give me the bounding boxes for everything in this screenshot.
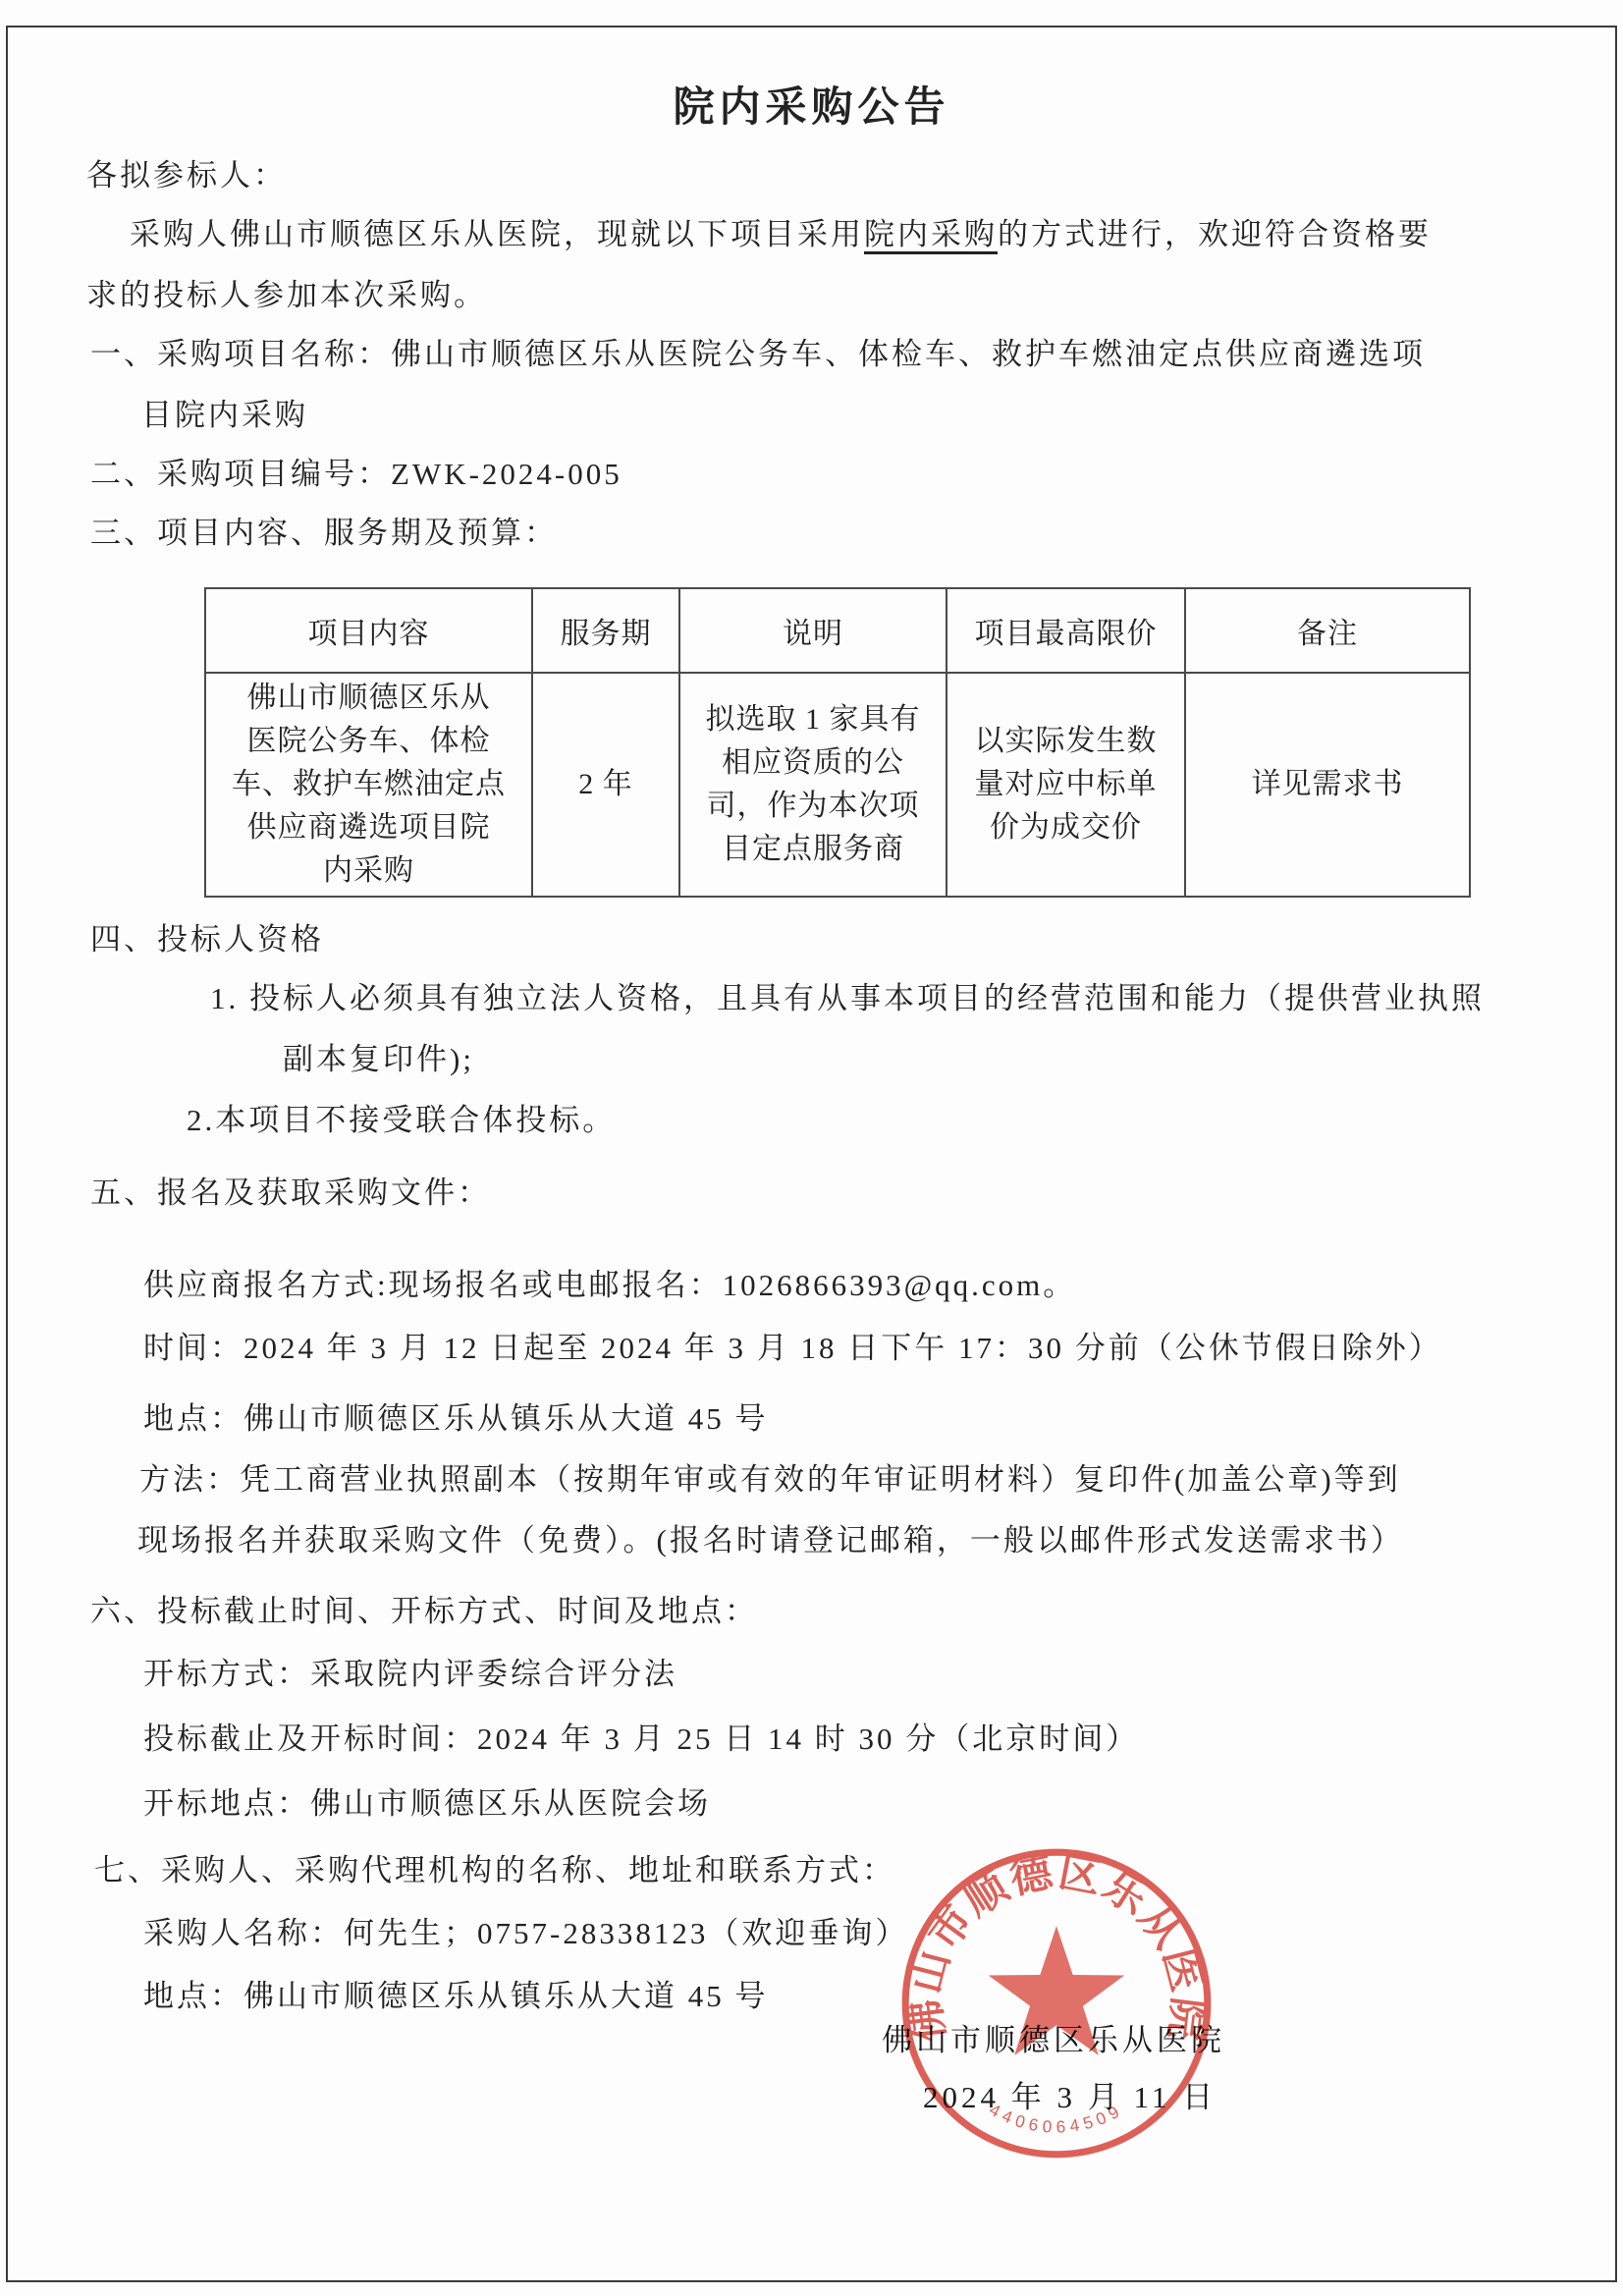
- registration-method-line: 供应商报名方式:现场报名或电邮报名：1026866393@qq.com。: [143, 1265, 1076, 1306]
- official-stamp: 佛山市顺德区乐从医院 4406064509: [890, 1836, 1223, 2170]
- section-7-heading: 七、采购人、采购代理机构的名称、地址和联系方式：: [94, 1850, 895, 1891]
- cell-remarks: 详见需求书: [1185, 673, 1470, 897]
- registration-procedure-line-1: 方法：凭工商营业执照副本（按期年审或有效的年审证明材料）复印件(加盖公章)等到: [139, 1459, 1401, 1501]
- project-table: 项目内容 服务期 说明 项目最高限价 备注 佛山市顺德区乐从 医院公务车、体检 …: [204, 587, 1471, 898]
- section-5-heading: 五、报名及获取采购文件：: [90, 1173, 491, 1214]
- intro-paragraph-line-1: 采购人佛山市顺德区乐从医院，现就以下项目采用院内采购的方式进行，欢迎符合资格要: [130, 214, 1432, 255]
- bid-opening-method-line: 开标方式：采取院内评委综合评分法: [143, 1654, 677, 1695]
- table-row: 佛山市顺德区乐从 医院公务车、体检 车、救护车燃油定点 供应商遴选项目院 内采购…: [205, 673, 1470, 897]
- intro-text-pre: 采购人佛山市顺德区乐从医院，现就以下项目采用: [130, 217, 864, 251]
- qualification-1-line-2: 副本复印件);: [283, 1039, 474, 1080]
- intro-underlined-term: 院内采购: [864, 217, 998, 251]
- table-header-row: 项目内容 服务期 说明 项目最高限价 备注: [205, 588, 1470, 673]
- purchaser-address-line: 地点：佛山市顺德区乐从镇乐从大道 45 号: [143, 1976, 769, 2017]
- bid-deadline-line: 投标截止及开标时间：2024 年 3 月 25 日 14 时 30 分（北京时间…: [143, 1719, 1139, 1760]
- section-4-heading: 四、投标人资格: [90, 919, 324, 960]
- qualification-1-line-1: 1. 投标人必须具有独立法人资格，且具有从事本项目的经营范围和能力（提供营业执照: [210, 978, 1485, 1019]
- page-title: 院内采购公告: [0, 75, 1623, 134]
- table-header-description: 说明: [679, 588, 947, 673]
- table-header-remarks: 备注: [1185, 588, 1470, 673]
- cell-project-content: 佛山市顺德区乐从 医院公务车、体检 车、救护车燃油定点 供应商遴选项目院 内采购: [205, 673, 532, 897]
- bid-opening-place-line: 开标地点：佛山市顺德区乐从医院会场: [143, 1783, 711, 1825]
- intro-paragraph-line-2: 求的投标人参加本次采购。: [86, 275, 487, 316]
- salutation-line: 各拟参标人：: [86, 155, 287, 196]
- document-page: 院内采购公告 各拟参标人： 采购人佛山市顺德区乐从医院，现就以下项目采用院内采购…: [0, 0, 1623, 2296]
- svg-text:4406064509: 4406064509: [986, 2100, 1126, 2137]
- table-header-service-period: 服务期: [532, 588, 679, 673]
- item-3-line: 三、项目内容、服务期及预算：: [90, 513, 558, 554]
- registration-time-line: 时间：2024 年 3 月 12 日起至 2024 年 3 月 18 日下午 1…: [143, 1328, 1442, 1369]
- project-table-container: 项目内容 服务期 说明 项目最高限价 备注 佛山市顺德区乐从 医院公务车、体检 …: [204, 587, 1471, 898]
- purchaser-contact-line: 采购人名称：何先生；0757-28338123（欢迎垂询）: [143, 1913, 908, 1954]
- qualification-2-line: 2.本项目不接受联合体投标。: [187, 1100, 616, 1141]
- table-header-price-limit: 项目最高限价: [947, 588, 1185, 673]
- intro-text-post: 的方式进行，欢迎符合资格要: [998, 217, 1432, 251]
- cell-service-period: 2 年: [532, 673, 679, 897]
- item-1-line-2: 目院内采购: [141, 395, 308, 436]
- table-header-project-content: 项目内容: [205, 588, 532, 673]
- cell-description: 拟选取 1 家具有 相应资质的公 司，作为本次项 目定点服务商: [679, 673, 947, 897]
- item-2-line: 二、采购项目编号：ZWK-2024-005: [90, 454, 622, 495]
- item-1-line-1: 一、采购项目名称：佛山市顺德区乐从医院公务车、体检车、救护车燃油定点供应商遴选项: [90, 334, 1426, 375]
- cell-price-limit: 以实际发生数 量对应中标单 价为成交价: [947, 673, 1185, 897]
- stamp-serial-text: 4406064509: [986, 2100, 1126, 2137]
- registration-address-line: 地点：佛山市顺德区乐从镇乐从大道 45 号: [143, 1398, 769, 1440]
- stamp-star-icon: [989, 1926, 1125, 2055]
- registration-procedure-line-2: 现场报名并获取采购文件（免费）。(报名时请登记邮箱，一般以邮件形式发送需求书）: [137, 1520, 1404, 1561]
- section-6-heading: 六、投标截止时间、开标方式、时间及地点：: [90, 1591, 758, 1632]
